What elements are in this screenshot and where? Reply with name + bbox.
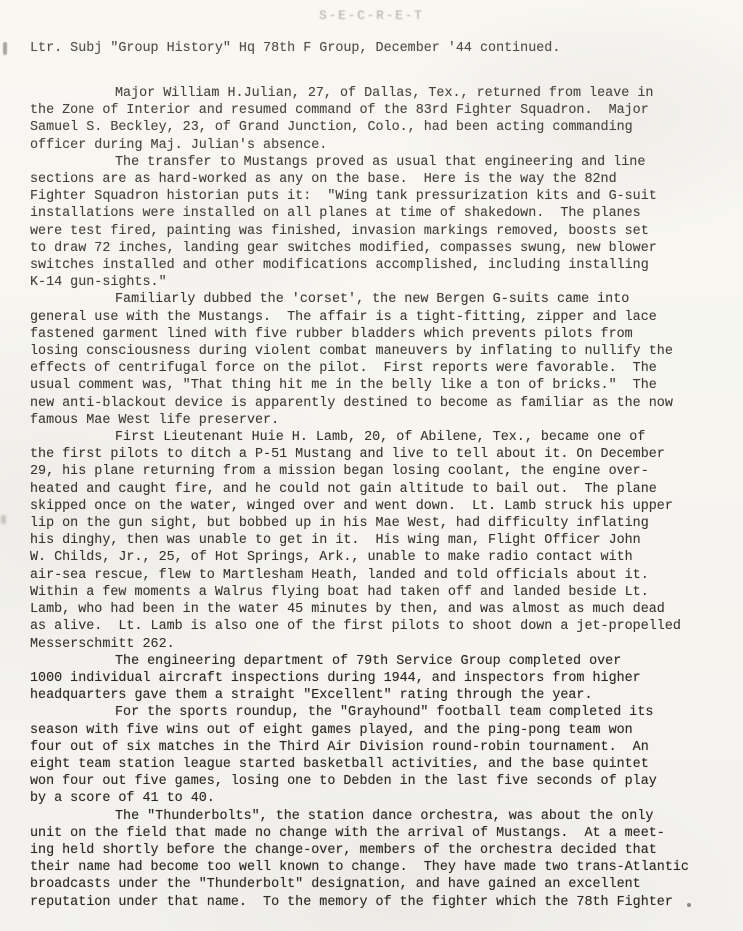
paragraph-engineering-inspections: The engineering department of 79th Servi… — [30, 653, 719, 705]
paragraph-thunderbolts-orchestra: The "Thunderbolts", the station dance or… — [30, 808, 719, 911]
paragraph-sports-roundup: For the sports roundup, the "Grayhound" … — [30, 704, 719, 807]
scan-artifact-left-mark — [3, 42, 7, 55]
document-page: S-E-C-R-E-T Ltr. Subj "Group History" Hq… — [0, 0, 743, 931]
scan-artifact-smudge — [1, 515, 6, 524]
subject-line: Ltr. Subj "Group History" Hq 78th F Grou… — [30, 40, 719, 57]
classification-stamp: S-E-C-R-E-T — [0, 8, 743, 25]
scan-artifact-dot — [687, 903, 691, 907]
paragraph-lamb-ditching: First Lieutenant Huie H. Lamb, 20, of Ab… — [30, 429, 719, 653]
paragraph-g-suit-corset: Familiarly dubbed the 'corset', the new … — [30, 291, 719, 429]
paragraph-julian-return: Major William H.Julian, 27, of Dallas, T… — [30, 85, 719, 154]
document-body: Major William H.Julian, 27, of Dallas, T… — [30, 85, 719, 931]
paragraph-mustang-transfer: The transfer to Mustangs proved as usual… — [30, 154, 719, 292]
